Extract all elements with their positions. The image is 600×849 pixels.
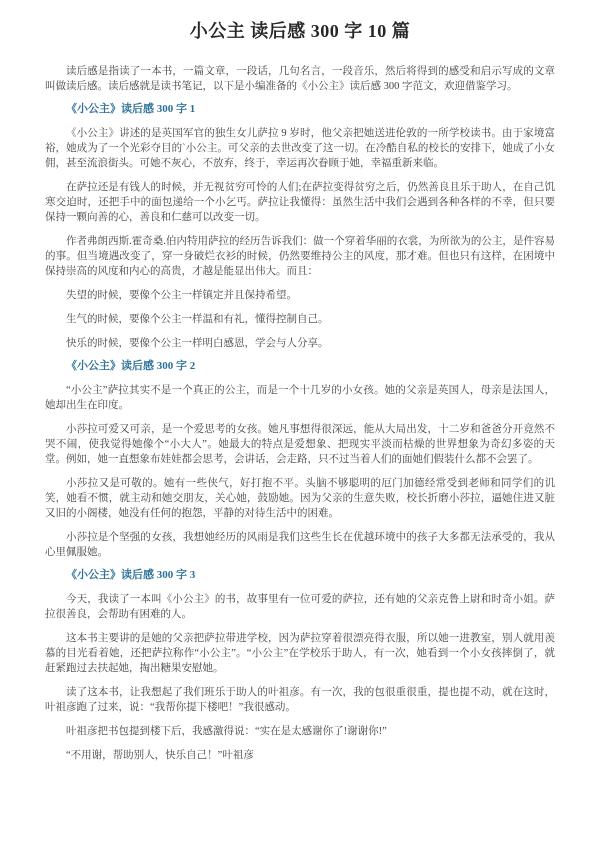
section-2-heading: 《小公主》读后感 300 字 2 — [45, 360, 555, 373]
intro-paragraph: 读后感是指读了一本书，一篇文章，一段话，几句名言，一段音乐，然后将得到的感受和启… — [45, 64, 555, 94]
paragraph: 读了这本书，让我想起了我们班乐于助人的叶祖彦。有一次，我的包很重很重，提也提不动… — [45, 685, 555, 715]
paragraph: 今天，我读了一本叫《小公主》的书，故事里有一位可爱的萨拉，还有她的父亲克鲁上尉和… — [45, 592, 555, 622]
paragraph: 快乐的时候，要像个公主一样明白感恩，学会与人分享。 — [45, 336, 555, 351]
paragraph: 小莎拉是个坚强的女孩，我想她经历的风雨是我们这些生长在优越环境中的孩子大多都无法… — [45, 530, 555, 560]
paragraph: 失望的时候，要像个公主一样镇定并且保持希望。 — [45, 288, 555, 303]
paragraph: 小莎拉可爱又可亲，是一个爱思考的女孩。她凡事想得很深远，能从大局出发，十二岁和爸… — [45, 422, 555, 467]
document-page: 小公主 读后感 300 字 10 篇 读后感是指读了一本书，一篇文章，一段话，几… — [0, 0, 600, 849]
paragraph: 生气的时候，要像个公主一样温和有礼，懂得控制自己。 — [45, 312, 555, 327]
page-title: 小公主 读后感 300 字 10 篇 — [45, 20, 555, 42]
paragraph: 叶祖彦把书包提到楼下后，我感激得说：“实在是太感谢你了!谢谢你!” — [45, 724, 555, 739]
section-3: 《小公主》读后感 300 字 3 今天，我读了一本叫《小公主》的书，故事里有一位… — [45, 569, 555, 763]
paragraph: 《小公主》讲述的是英国军官的独生女儿萨拉 9 岁时，他父亲把她送进伦敦的一所学校… — [45, 126, 555, 171]
paragraph: “不用谢，帮助别人，快乐自己！”叶祖彦 — [45, 748, 555, 763]
paragraph: 小莎拉又是可敬的。她有一些侠气，好打抱不平。头脑不够聪明的厄门加德经常受到老师和… — [45, 476, 555, 521]
paragraph: 作者弗朗西斯.霍奇桑.伯内特用萨拉的经历告诉我们：做一个穿着华丽的衣裳，为所欲为… — [45, 234, 555, 279]
section-3-heading: 《小公主》读后感 300 字 3 — [45, 569, 555, 582]
paragraph: 在萨拉还是有钱人的时候，并无视贫穷可怜的人们;在萨拉变得贫穷之后，仍然善良且乐于… — [45, 180, 555, 225]
paragraph: “小公主”萨拉其实不是一个真正的公主，而是一个十几岁的小女孩。她的父亲是英国人，… — [45, 383, 555, 413]
paragraph: 这本书主要讲的是她的父亲把萨拉带进学校，因为萨拉穿着很漂亮得衣服，所以她一进教室… — [45, 631, 555, 676]
section-1: 《小公主》读后感 300 字 1 《小公主》讲述的是英国军官的独生女儿萨拉 9 … — [45, 103, 555, 351]
section-1-heading: 《小公主》读后感 300 字 1 — [45, 103, 555, 116]
section-2: 《小公主》读后感 300 字 2 “小公主”萨拉其实不是一个真正的公主，而是一个… — [45, 360, 555, 560]
